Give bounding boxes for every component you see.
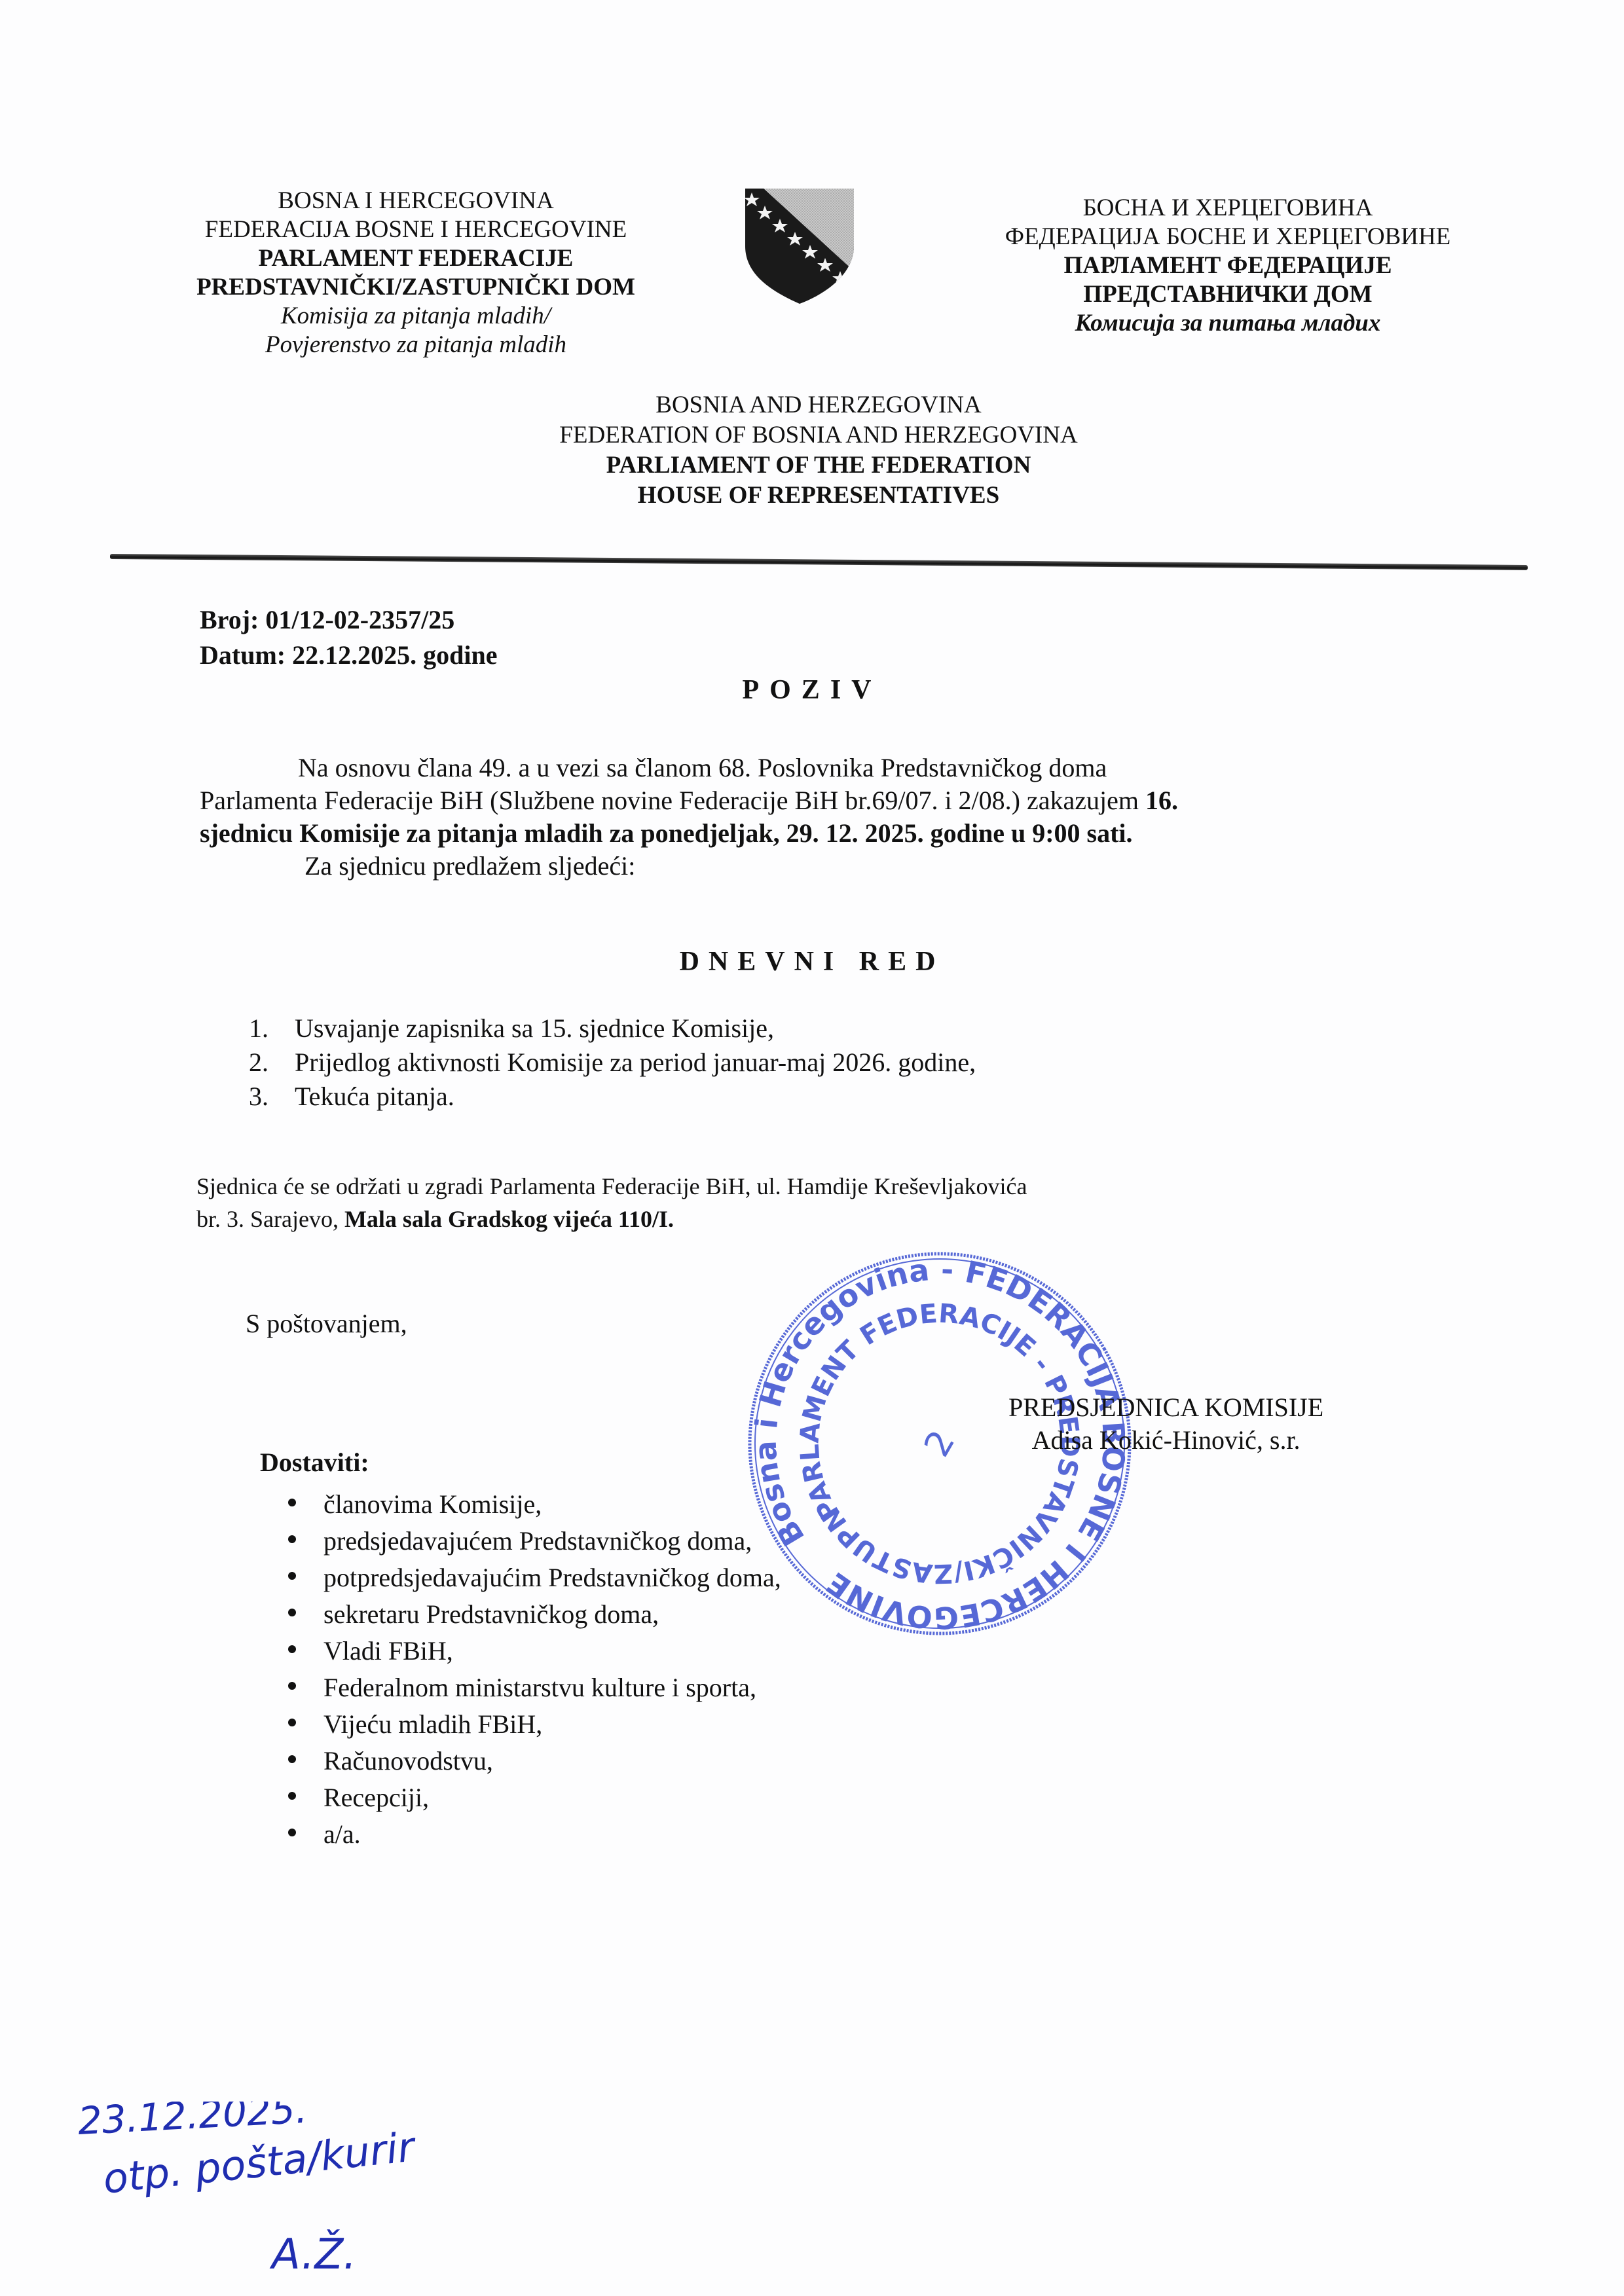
federation-name-english: FEDERATION OF BOSNIA AND HERZEGOVINA	[458, 420, 1179, 450]
reference-block: Broj: 01/12-02-2357/25 Datum: 22.12.2025…	[200, 602, 497, 673]
parliament-name: PARLAMENT FEDERACIJE	[131, 244, 701, 273]
bullet-icon	[288, 1645, 296, 1653]
agenda-list: 1.Usvajanje zapisnika sa 15. sjednice Ko…	[249, 1011, 976, 1114]
recipient-item: a/a.	[288, 1816, 781, 1853]
bullet-icon	[288, 1719, 296, 1726]
reference-number: Broj: 01/12-02-2357/25	[200, 602, 497, 638]
svg-text:2: 2	[916, 1423, 963, 1463]
recipient-item: Federalnom ministarstvu kulture i sporta…	[288, 1669, 781, 1706]
recipient-item: predsjedavajućem Predstavničkog doma,	[288, 1523, 781, 1559]
bullet-icon	[288, 1755, 296, 1763]
document-title: POZIV	[0, 674, 1624, 706]
signatory-role: PREDSJEDNICA KOMISIJE	[1008, 1391, 1323, 1424]
coat-of-arms-icon	[744, 187, 855, 305]
letterhead-right-cyrillic: БОСНА И ХЕРЦЕГОВИНА ФЕДЕРАЦИЈА БОСНЕ И Х…	[956, 194, 1500, 338]
intro-line-2: Parlamenta Federacije BiH (Službene novi…	[200, 784, 1444, 817]
intro-line-4: Za sjednicu predlažem sljedeći:	[200, 850, 1444, 883]
parliament-name-english: PARLIAMENT OF THE FEDERATION	[458, 450, 1179, 481]
agenda-item: 1.Usvajanje zapisnika sa 15. sjednice Ko…	[249, 1011, 976, 1046]
commission-name-cyrillic: Комисија за питања младих	[956, 309, 1500, 338]
recipient-item: Recepciji,	[288, 1779, 781, 1816]
distribution-label: Dostaviti:	[260, 1447, 369, 1478]
house-name: PREDSTAVNIČKI/ZASTUPNIČKI DOM	[131, 273, 701, 302]
header-divider	[110, 554, 1528, 570]
country-name: BOSNA I HERCEGOVINA	[131, 187, 701, 215]
bullet-icon	[288, 1609, 296, 1616]
bullet-icon	[288, 1829, 296, 1836]
bullet-icon	[288, 1535, 296, 1543]
handwritten-note: 23.12.2025. otp. pošta/kurir A.Ž.	[75, 2102, 501, 2285]
reference-date: Datum: 22.12.2025. godine	[200, 638, 497, 673]
country-name-cyrillic: БОСНА И ХЕРЦЕГОВИНА	[956, 194, 1500, 223]
agenda-item: 3.Tekuća pitanja.	[249, 1080, 976, 1114]
bullet-icon	[288, 1572, 296, 1580]
federation-name-cyrillic: ФЕДЕРАЦИЈА БОСНЕ И ХЕРЦЕГОВИНЕ	[956, 223, 1500, 251]
recipient-item: članovima Komisije,	[288, 1486, 781, 1523]
commission-name-alt: Povjerenstvo za pitanja mladih	[131, 331, 701, 359]
bullet-icon	[288, 1682, 296, 1690]
house-name-english: HOUSE OF REPRESENTATIVES	[458, 481, 1179, 511]
recipient-item: potpredsjedavajućim Predstavničkog doma,	[288, 1559, 781, 1596]
venue-info: Sjednica će se održati u zgradi Parlamen…	[196, 1170, 1310, 1235]
agenda-title: DNEVNI RED	[0, 946, 1624, 977]
recipient-item: Vijeću mladih FBiH,	[288, 1706, 781, 1743]
parliament-name-cyrillic: ПАРЛАМЕНТ ФЕДЕРАЦИЈЕ	[956, 251, 1500, 280]
federation-name: FEDERACIJA BOSNE I HERCEGOVINE	[131, 215, 701, 244]
intro-line-3: sjednicu Komisije za pitanja mladih za p…	[200, 817, 1444, 850]
signatory-name: Adisa Kokić-Hinović, s.r.	[1008, 1424, 1323, 1457]
recipient-item: sekretaru Predstavničkog doma,	[288, 1596, 781, 1633]
recipient-item: Računovodstvu,	[288, 1743, 781, 1779]
bullet-icon	[288, 1792, 296, 1800]
svg-text:A.Ž.: A.Ž.	[269, 2229, 357, 2279]
signature-block: PREDSJEDNICA KOMISIJE Adisa Kokić-Hinovi…	[1008, 1391, 1323, 1457]
closing-salutation: S poštovanjem,	[246, 1308, 407, 1339]
house-name-cyrillic: ПРЕДСТАВНИЧКИ ДОМ	[956, 280, 1500, 309]
commission-name: Komisija za pitanja mladih/	[131, 302, 701, 331]
letterhead-left-latin: BOSNA I HERCEGOVINA FEDERACIJA BOSNE I H…	[131, 187, 701, 359]
letterhead-center-english: BOSNIA AND HERZEGOVINA FEDERATION OF BOS…	[458, 390, 1179, 511]
distribution-list: članovima Komisije, predsjedavajućem Pre…	[288, 1486, 781, 1853]
intro-line-1: Na osnovu člana 49. a u vezi sa članom 6…	[200, 752, 1444, 784]
invitation-body: Na osnovu člana 49. a u vezi sa članom 6…	[200, 752, 1444, 883]
recipient-item: Vladi FBiH,	[288, 1633, 781, 1669]
country-name-english: BOSNIA AND HERZEGOVINA	[458, 390, 1179, 420]
bullet-icon	[288, 1499, 296, 1506]
agenda-item: 2.Prijedlog aktivnosti Komisije za perio…	[249, 1046, 976, 1080]
